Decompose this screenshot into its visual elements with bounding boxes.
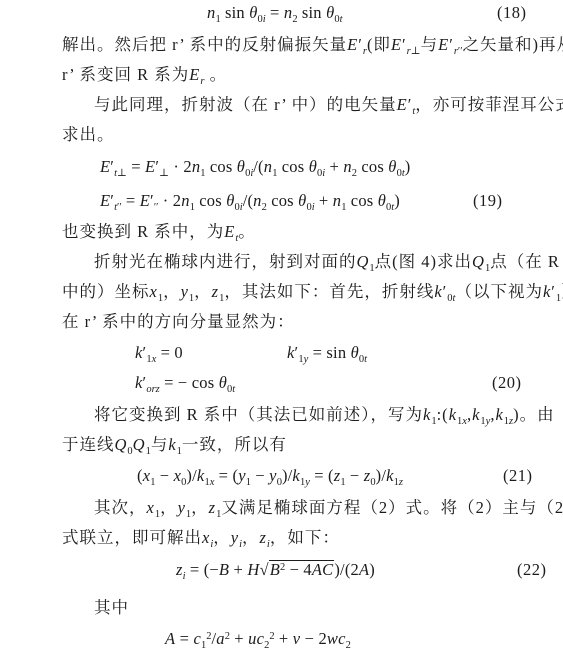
para-reflect-line2: r’ 系变回 R 系为Er 。 — [62, 64, 227, 86]
equation-21-formula: (x1 − x0)/k1x = (y1 − y0)/k1y = (z1 − z0… — [137, 466, 403, 485]
equation-19-perp: E′t⊥ = E′⊥ · 2n1 cos θ0i/(n1 cos θ0i + n… — [100, 156, 410, 178]
equation-20-kz: k′orz = − cos θ0t — [135, 373, 235, 392]
equation-20-row2: k′orz = − cos θ0t (20) — [135, 372, 235, 394]
equation-number-21: (21) — [503, 465, 533, 487]
equation-number-22: (22) — [517, 559, 547, 581]
equation-number-19: (19) — [473, 190, 503, 212]
para-transform: 也变换到 R 系中，为Et。 — [62, 221, 256, 243]
para-solve-line2: 式联立，即可解出xi，yi，zi，如下： — [62, 527, 340, 549]
equation-19-para: E′t′′ = E′′′ · 2n1 cos θ0i/(n2 cos θ0i +… — [100, 190, 400, 212]
para-k1-line1: 将它变换到 R 系中（其法已如前述），写为k1:(k1x,k1y,k1z)。由 — [94, 404, 555, 426]
para-q1-line2: 中的）坐标x1，y1，z1，其法如下：首先，折射线k′0t（以下视为k′1） — [62, 281, 563, 303]
para-reflect-line1: 解出。然后把 r’ 系中的反射偏振矢量E′r(即E′r⊥与E′r′′之矢量和)再… — [62, 34, 563, 56]
equation-number-18: (18) — [497, 2, 527, 24]
para-q1-line1: 折射光在椭球内进行，射到对面的Q1点(图 4)求出Q1点（在 R 系 — [94, 251, 563, 273]
para-k1-line2: 于连线Q0Q1与k1一致，所以有 — [62, 434, 287, 456]
equation-A: A = c12/a2 + uc22 + v − 2wc2 — [165, 628, 351, 650]
para-refract-line2: 求出。 — [62, 124, 115, 146]
equation-18-formula: n1 sin θ0i = n2 sin θ0t — [207, 3, 343, 22]
para-refract-line1: 与此同理，折射波（在 r’ 中）的电矢量E′t，亦可按菲涅耳公式 — [94, 94, 563, 116]
equation-21: (x1 − x0)/k1x = (y1 − y0)/k1y = (z1 − z0… — [137, 465, 403, 487]
equation-22: zi = (−B + H√B2 − 4AC)/(2A) (22) — [176, 559, 375, 581]
equation-18: n1 sin θ0i = n2 sin θ0t (18) — [207, 2, 343, 24]
para-where: 其中 — [94, 597, 129, 619]
equation-20-ky: k′1y = sin θ0t — [287, 342, 367, 364]
equation-19-formula: E′t′′ = E′′′ · 2n1 cos θ0i/(n2 cos θ0i +… — [100, 191, 400, 210]
equation-22-formula: zi = (−B + H√B2 − 4AC)/(2A) — [176, 560, 375, 579]
equation-number-20: (20) — [492, 372, 522, 394]
equation-20-kx: k′1x = 0 — [135, 343, 183, 362]
equation-20-row1: k′1x = 0 k′1y = sin θ0t — [135, 342, 183, 364]
document-page: n1 sin θ0i = n2 sin θ0t (18) 解出。然后把 r’ 系… — [0, 0, 563, 656]
para-solve-line1: 其次，x1，y1，z1又满足椭球面方程（2）式。将（2）主与（21） — [94, 497, 563, 519]
para-q1-line3: 在 r’ 系中的方向分量显然为： — [62, 311, 295, 333]
